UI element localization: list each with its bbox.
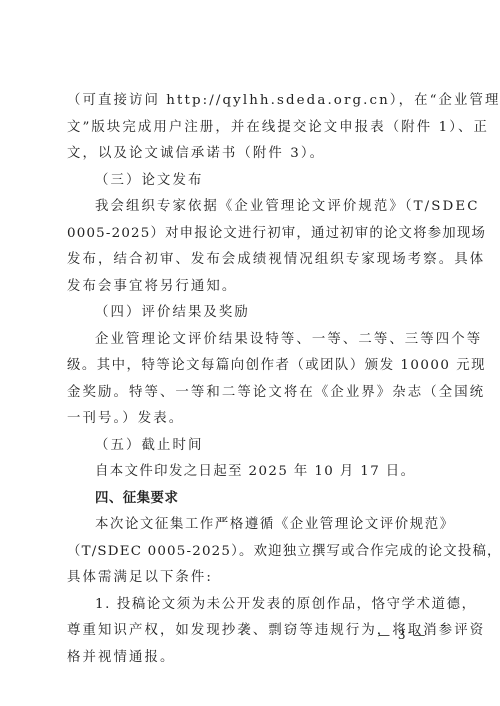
page-number: — 3 — (378, 628, 427, 642)
paragraph-line: 具体需满足以下条件: (67, 565, 434, 592)
section-heading-deadline: （五）截止时间 (67, 433, 434, 460)
paragraph-line: 格并视情通报。 (67, 645, 434, 672)
paragraph-line: 级。其中，特等论文每篇向创作者（或团队）颁发 10000 元现 (67, 353, 434, 380)
paragraph-line: 文”版块完成用户注册，并在线提交论文申报表（附件 1）、正 (67, 115, 434, 142)
section-heading-requirements: 四、征集要求 (67, 486, 434, 513)
paragraph-line: 1. 投稿论文须为未公开发表的原创作品，恪守学术道德， (67, 592, 434, 619)
paragraph-line: 本次论文征集工作严格遵循《企业管理论文评价规范》 (67, 512, 434, 539)
paragraph-line: 一刊号。）发表。 (67, 406, 434, 433)
paragraph-line: 我会组织专家依据《企业管理论文评价规范》（T/SDEC (67, 194, 434, 221)
paragraph-line: 企业管理论文评价结果设特等、一等、二等、三等四个等 (67, 327, 434, 354)
paragraph-line: 金奖励。特等、一等和二等论文将在《企业界》杂志（全国统 (67, 380, 434, 407)
paragraph-line: （可直接访问 http://qylhh.sdeda.org.cn），在“企业管理… (67, 88, 434, 115)
deadline-text: 自本文件印发之日起至 2025 年 10 月 17 日。 (67, 459, 434, 486)
document-body: （可直接访问 http://qylhh.sdeda.org.cn），在“企业管理… (67, 88, 434, 671)
paragraph-line: （T/SDEC 0005-2025）。欢迎独立撰写或合作完成的论文投稿， (67, 539, 434, 566)
section-heading-results: （四）评价结果及奖励 (67, 300, 434, 327)
paragraph-line: 0005-2025）对申报论文进行初审，通过初审的论文将参加现场 (67, 221, 434, 248)
document-page: （可直接访问 http://qylhh.sdeda.org.cn），在“企业管理… (0, 0, 500, 706)
section-heading-publish: （三）论文发布 (67, 168, 434, 195)
paragraph-line: 文，以及论文诚信承诺书（附件 3）。 (67, 141, 434, 168)
paragraph-line: 发布，结合初审、发布会成绩视情况组织专家现场考察。具体 (67, 247, 434, 274)
paragraph-line: 发布会事宜将另行通知。 (67, 274, 434, 301)
